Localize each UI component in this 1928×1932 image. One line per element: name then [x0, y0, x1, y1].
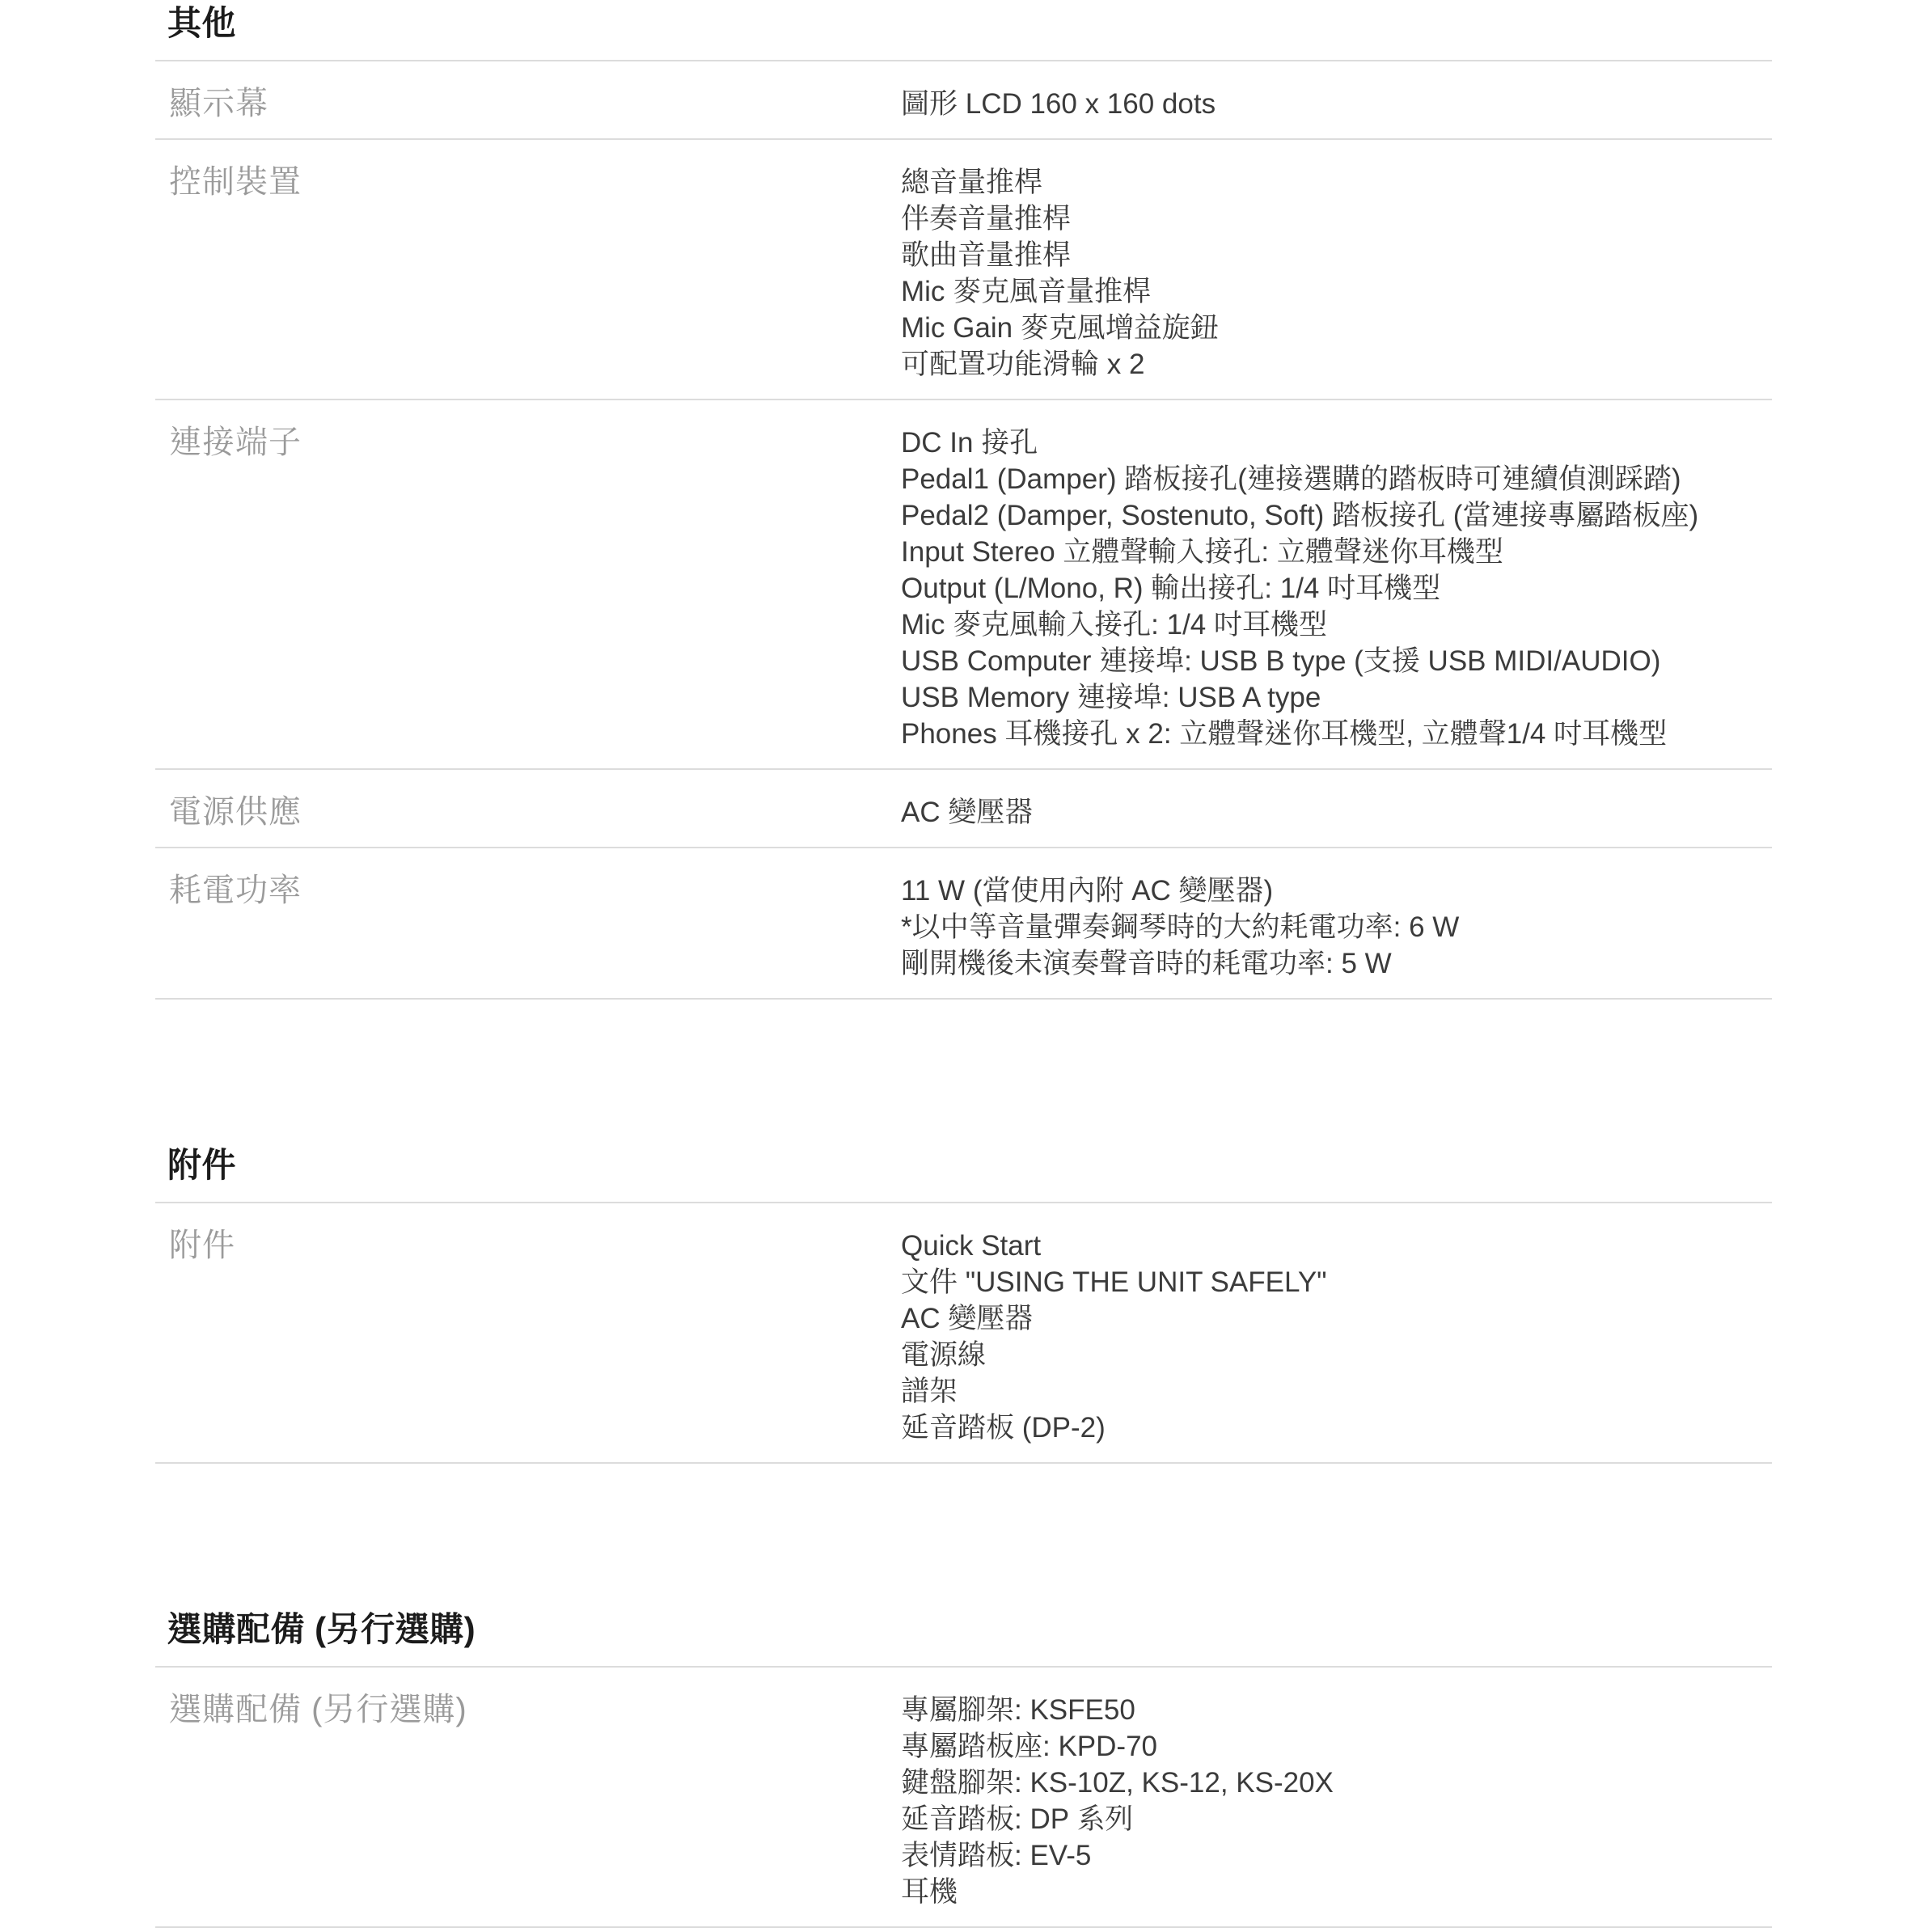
spec-row: 電源供應 AC 變壓器 — [155, 768, 1772, 847]
spec-row-label: 電源供應 — [155, 794, 901, 831]
spec-value-line: 剛開機後未演奏聲音時的耗電功率: 5 W — [901, 945, 1772, 982]
spec-value-line: 可配置功能滑輪 x 2 — [901, 346, 1772, 383]
section-title: 附件 — [155, 1145, 1772, 1202]
spec-row-label: 耗電功率 — [155, 873, 901, 909]
spec-value-line: AC 變壓器 — [901, 1300, 1772, 1337]
spec-value-line: DC In 接孔 — [901, 425, 1772, 461]
spec-row: 顯示幕 圖形 LCD 160 x 160 dots — [155, 60, 1772, 138]
spec-row-label: 顯示幕 — [155, 86, 901, 122]
spec-value-line: 電源線 — [901, 1337, 1772, 1373]
spec-value-line: 總音量推桿 — [901, 164, 1772, 201]
spec-value-line: 伴奏音量推桿 — [901, 201, 1772, 237]
spec-value-line: 專屬腳架: KSFE50 — [901, 1692, 1772, 1728]
spec-value-line: 延音踏板: DP 系列 — [901, 1801, 1772, 1837]
spec-value-line: 文件 "USING THE UNIT SAFELY" — [901, 1264, 1772, 1300]
spec-row-value: 圖形 LCD 160 x 160 dots — [901, 86, 1772, 122]
spec-value-line: Mic Gain 麥克風增益旋鈕 — [901, 310, 1772, 346]
spec-value-line: Input Stereo 立體聲輸入接孔: 立體聲迷你耳機型 — [901, 534, 1772, 570]
spec-row-label: 控制裝置 — [155, 164, 901, 201]
spec-row-value: DC In 接孔 Pedal1 (Damper) 踏板接孔(連接選購的踏板時可連… — [901, 425, 1772, 752]
spec-value-line: Quick Start — [901, 1228, 1772, 1264]
spec-value-line: 譜架 — [901, 1373, 1772, 1410]
spec-row-value: 總音量推桿 伴奏音量推桿 歌曲音量推桿 Mic 麥克風音量推桿 Mic Gain… — [901, 164, 1772, 383]
spec-row-value: 11 W (當使用內附 AC 變壓器) *以中等音量彈奏鋼琴時的大約耗電功率: … — [901, 873, 1772, 982]
spec-row-value: 專屬腳架: KSFE50 專屬踏板座: KPD-70 鍵盤腳架: KS-10Z,… — [901, 1692, 1772, 1910]
spec-value-line: 延音踏板 (DP-2) — [901, 1410, 1772, 1446]
spec-value-line: *以中等音量彈奏鋼琴時的大約耗電功率: 6 W — [901, 909, 1772, 945]
spec-row-value: AC 變壓器 — [901, 794, 1772, 831]
spec-value-line: 耳機 — [901, 1874, 1772, 1910]
spec-value-line: 鍵盤腳架: KS-10Z, KS-12, KS-20X — [901, 1765, 1772, 1801]
spec-value-line: Mic 麥克風輸入接孔: 1/4 吋耳機型 — [901, 607, 1772, 643]
spec-row-label: 選購配備 (另行選購) — [155, 1692, 901, 1728]
spec-section: 選購配備 (另行選購) 選購配備 (另行選購) 專屬腳架: KSFE50 專屬踏… — [155, 1609, 1772, 1928]
spec-page: 其他 顯示幕 圖形 LCD 160 x 160 dots 控制裝置 總音量推桿 … — [0, 0, 1928, 1928]
spec-value-line: 表情踏板: EV-5 — [901, 1837, 1772, 1874]
spec-value-line: Output (L/Mono, R) 輸出接孔: 1/4 吋耳機型 — [901, 570, 1772, 607]
spec-value-line: 專屬踏板座: KPD-70 — [901, 1728, 1772, 1765]
spec-value-line: Pedal1 (Damper) 踏板接孔(連接選購的踏板時可連續偵測踩踏) — [901, 461, 1772, 497]
spec-value-line: 圖形 LCD 160 x 160 dots — [901, 86, 1772, 122]
spec-row: 附件 Quick Start 文件 "USING THE UNIT SAFELY… — [155, 1202, 1772, 1462]
spec-table: 附件 Quick Start 文件 "USING THE UNIT SAFELY… — [155, 1202, 1772, 1464]
spec-value-line: Pedal2 (Damper, Sostenuto, Soft) 踏板接孔 (當… — [901, 497, 1772, 534]
section-title: 選購配備 (另行選購) — [155, 1609, 1772, 1666]
spec-table: 顯示幕 圖形 LCD 160 x 160 dots 控制裝置 總音量推桿 伴奏音… — [155, 60, 1772, 1000]
spec-value-line: USB Computer 連接埠: USB B type (支援 USB MID… — [901, 643, 1772, 679]
spec-row: 耗電功率 11 W (當使用內附 AC 變壓器) *以中等音量彈奏鋼琴時的大約耗… — [155, 847, 1772, 998]
spec-value-line: Mic 麥克風音量推桿 — [901, 273, 1772, 310]
spec-row: 連接端子 DC In 接孔 Pedal1 (Damper) 踏板接孔(連接選購的… — [155, 399, 1772, 768]
spec-row-value: Quick Start 文件 "USING THE UNIT SAFELY" A… — [901, 1228, 1772, 1446]
spec-value-line: 11 W (當使用內附 AC 變壓器) — [901, 873, 1772, 909]
spec-value-line: AC 變壓器 — [901, 794, 1772, 831]
spec-table: 選購配備 (另行選購) 專屬腳架: KSFE50 專屬踏板座: KPD-70 鍵… — [155, 1666, 1772, 1928]
spec-row: 控制裝置 總音量推桿 伴奏音量推桿 歌曲音量推桿 Mic 麥克風音量推桿 Mic… — [155, 138, 1772, 399]
spec-row: 選購配備 (另行選購) 專屬腳架: KSFE50 專屬踏板座: KPD-70 鍵… — [155, 1666, 1772, 1926]
spec-row-label: 連接端子 — [155, 425, 901, 461]
spec-sections-container: 其他 顯示幕 圖形 LCD 160 x 160 dots 控制裝置 總音量推桿 … — [155, 3, 1772, 1928]
spec-value-line: 歌曲音量推桿 — [901, 237, 1772, 273]
spec-value-line: Phones 耳機接孔 x 2: 立體聲迷你耳機型, 立體聲1/4 吋耳機型 — [901, 716, 1772, 752]
section-title: 其他 — [155, 3, 1772, 60]
spec-row-label: 附件 — [155, 1228, 901, 1264]
spec-section: 附件 附件 Quick Start 文件 "USING THE UNIT SAF… — [155, 1145, 1772, 1464]
spec-value-line: USB Memory 連接埠: USB A type — [901, 679, 1772, 716]
spec-section: 其他 顯示幕 圖形 LCD 160 x 160 dots 控制裝置 總音量推桿 … — [155, 3, 1772, 1000]
